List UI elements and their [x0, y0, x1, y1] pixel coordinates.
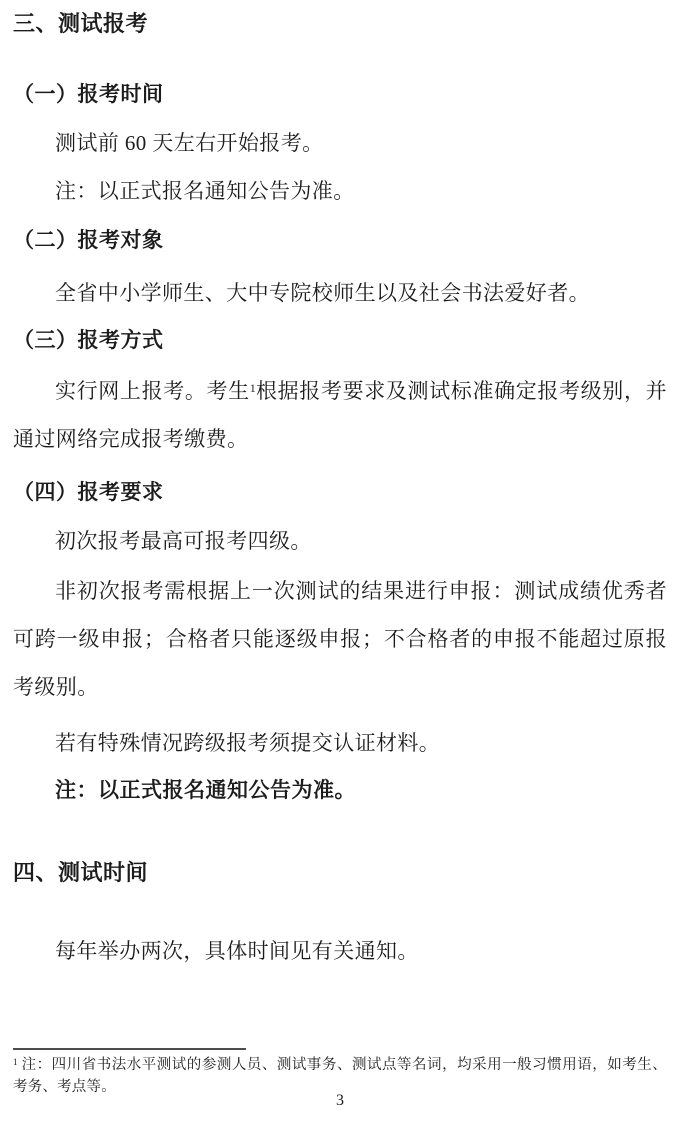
- footnote-marker: 1: [13, 1057, 18, 1067]
- page-number: 3: [0, 1092, 680, 1110]
- para-non-first-time-registration: 非初次报考需根据上一次测试的结果进行申报：测试成绩优秀者可跨一级申报；合格者只能…: [13, 567, 667, 711]
- para-registration-time: 测试前 60 天左右开始报考。: [13, 119, 667, 167]
- para-registration-method: 实行网上报考。考生1根据报考要求及测试标准确定报考级别，并通过网络完成报考缴费。: [13, 367, 667, 463]
- document-page: 三、测试报考 （一）报考时间 测试前 60 天左右开始报考。 注：以正式报名通知…: [0, 0, 680, 1121]
- footnote-text: 注：四川省书法水平测试的参测人员、测试事务、测试点等名词，均采用一般习惯用语，如…: [13, 1057, 667, 1095]
- heading-registration-method: （三）报考方式: [13, 317, 667, 365]
- para-registration-method-text-before: 实行网上报考。考生: [55, 379, 250, 403]
- para-test-schedule: 每年举办两次，具体时间见有关通知。: [13, 927, 667, 975]
- footnote-separator: [13, 1048, 246, 1050]
- para-first-time-registration: 初次报考最高可报考四级。: [13, 517, 667, 565]
- para-special-case-materials: 若有特殊情况跨级报考须提交认证材料。: [13, 719, 667, 767]
- heading-registration-target: （二）报考对象: [13, 217, 667, 265]
- note-official-announcement-bold: 注：以正式报名通知公告为准。: [13, 767, 667, 815]
- section-3-title: 三、测试报考: [13, 0, 667, 48]
- heading-registration-requirements: （四）报考要求: [13, 469, 667, 517]
- note-registration-time: 注：以正式报名通知公告为准。: [13, 167, 667, 215]
- heading-registration-time: （一）报考时间: [13, 71, 667, 119]
- para-registration-target: 全省中小学师生、大中专院校师生以及社会书法爱好者。: [13, 269, 667, 317]
- section-4-title: 四、测试时间: [13, 849, 667, 897]
